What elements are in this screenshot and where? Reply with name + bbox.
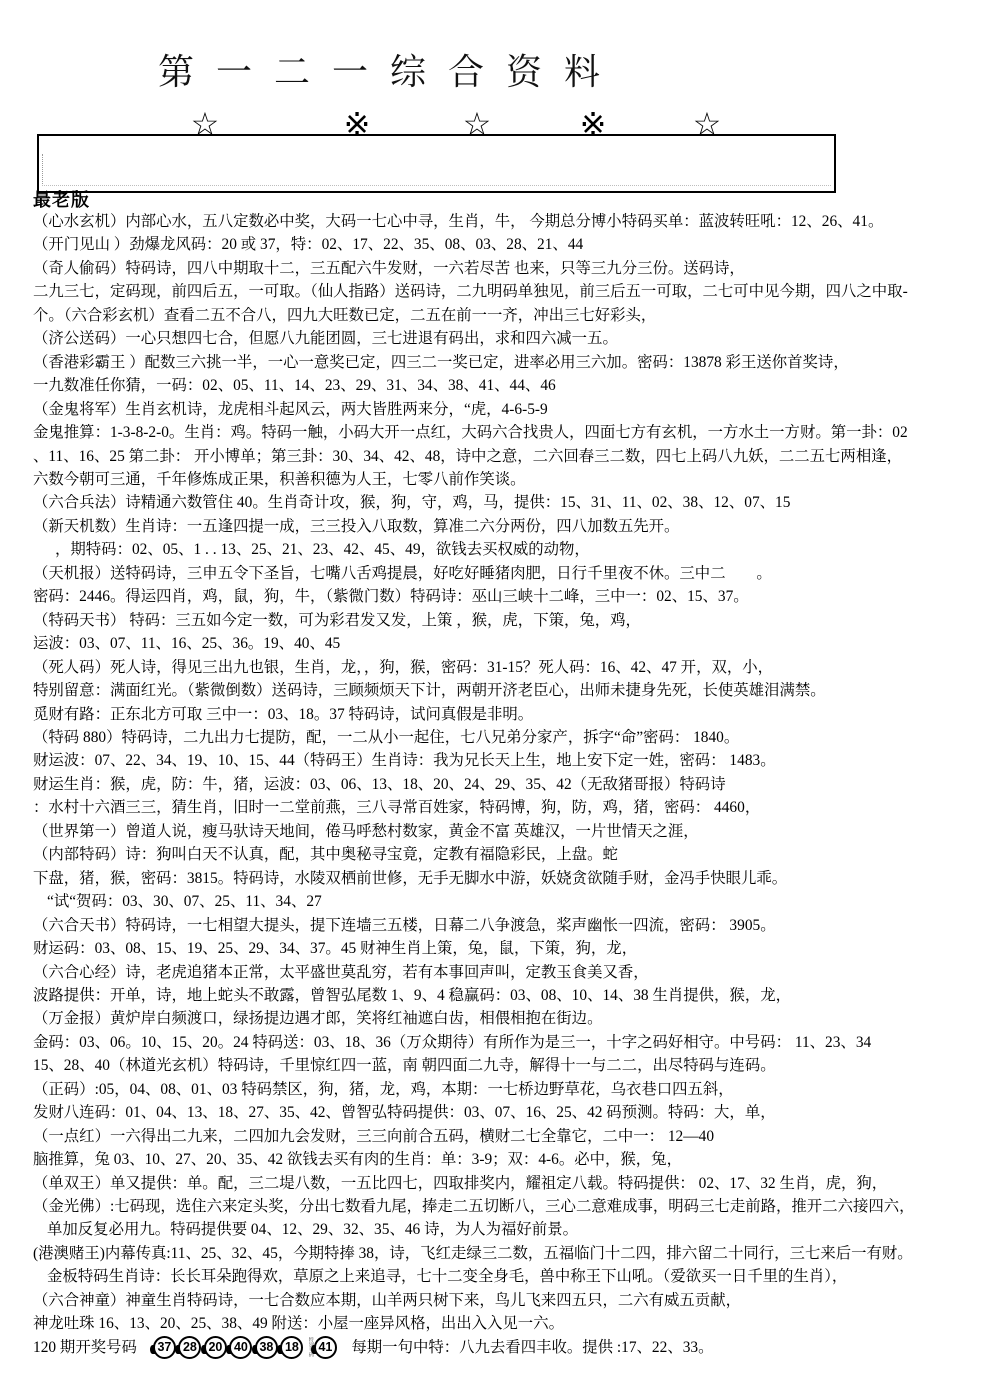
number-ball: 37 xyxy=(153,1336,176,1359)
text-line: ，期特码：02、05、1 . . 13、25、21、23、42、45、49，欲钱… xyxy=(33,538,983,561)
draw-results-row: 120 期开奖号码 37 28 20 40 38 18 特别号码 41 每期一句… xyxy=(33,1336,983,1359)
text-line: 、11、16、25 第二卦： 开小博单；第三卦：30、34、42、48，诗中之意… xyxy=(33,445,983,468)
text-line: （特码 880）特码诗，二九出力七提防，配，一二从小一起住，七八兄弟分家产，拆字… xyxy=(33,726,983,749)
text-line: （心水玄机）内部心水，五八定数必中奖，大码一七心中寻，生肖，牛， 今期总分博小特… xyxy=(33,210,983,233)
empty-banner-box xyxy=(37,134,836,193)
special-number-ball: 41 xyxy=(314,1336,337,1359)
number-ball: 38 xyxy=(255,1336,278,1359)
text-line: （济公送码）一心只想四七合，但愿八九能团圆，三七进退有码出，求和四六减一五。 xyxy=(33,327,983,350)
text-line: 神龙吐珠 16、13、20、25、38、49 附送：小屋一座异风格，出出入入见一… xyxy=(33,1312,983,1335)
number-ball: 18 xyxy=(280,1336,303,1359)
text-line: 金鬼推算：1-3-8-2-0。生肖：鸡。特码一触，小码大开一点红，大码六合找贵人… xyxy=(33,421,983,444)
text-line: 财运码：03、08、15、19、25、29、34、37。45 财神生肖上策，兔，… xyxy=(33,937,983,960)
draw-tail-text: 每期一句中特：八九去看四丰收。提供 :17、22、33。 xyxy=(351,1336,713,1359)
text-line: (港澳赌王)内幕传真:11、25、32、45，今期特捧 38，诗，飞红走绿三二数… xyxy=(33,1242,983,1265)
text-line: 特别留意：满面红光。（紫微倒数）送码诗，三顾频烦天下计，两朝开济老臣心，出师未捷… xyxy=(33,679,983,702)
text-line: （一点红）一六得出二九来，二四加九会发财，三三向前合五码，横财二七全靠它，二中一… xyxy=(33,1125,983,1148)
number-ball: 20 xyxy=(204,1336,227,1359)
text-line: 金码：03、06。10、15、20。24 特码送：03、18、36（万众期待）有… xyxy=(33,1031,983,1054)
text-line: 财运波：07、22、34、19、10、15、44（特码王）生肖诗：我为兄长天上生… xyxy=(33,749,983,772)
text-line: （世界第一）曾道人说，瘦马驮诗天地间，倦马呼愁村数家，黄金不富 英雄汉，一片世情… xyxy=(33,820,983,843)
draw-label: 120 期开奖号码 xyxy=(33,1336,137,1359)
text-line: 个。（六合彩玄机）查看二五不合八，四九大旺数已定，二五在前一一齐，冲出三七好彩头… xyxy=(33,304,983,327)
draw-number-balls: 37 28 20 40 38 18 特别号码 41 xyxy=(153,1335,340,1359)
text-line: 六数今朝可三通，千年修炼成正果，积善积德为人王，七零八前作笑谈。 xyxy=(33,468,983,491)
text-line: ：水村十六酒三三，猜生肖，旧时一二堂前燕，三八寻常百姓家，特码博，狗，防，鸡，猪… xyxy=(33,796,983,819)
text-line: 密码：2446。得运四肖，鸡，鼠，狗，牛，（紫微门数）特码诗：巫山三峡十二峰，三… xyxy=(33,585,983,608)
text-line: （金鬼将军）生肖玄机诗，龙虎相斗起风云，两大皆胜两来分，“虎，4-6-5-9 xyxy=(33,398,983,421)
text-line: （死人码）死人诗，得见三出九也银，生肖，龙，，狗，猴，密码：31-15？死人码：… xyxy=(33,656,983,679)
edition-label: 最老版 xyxy=(33,189,90,211)
text-line: 财运生肖：猴，虎，防：牛，猪，运波：03、06、13、18、20、24、29、3… xyxy=(33,773,983,796)
text-line: 金板特码生肖诗：长长耳朵跑得欢，草原之上来追寻，七十二变全身毛，兽中称王下山吼。… xyxy=(33,1265,983,1288)
text-line: 发财八连码：01、04、13、18、27、35、42、曾智弘特码提供：03、07… xyxy=(33,1101,983,1124)
page-title: 第一二一综合资料 xyxy=(158,52,622,92)
text-line: （特码天书） 特码：三五如今定一数，可为彩君发又发，上策 ，猴，虎，下策，兔，鸡… xyxy=(33,609,983,632)
text-line: “试“贺码：03、30、07、25、11、34、27 xyxy=(33,890,983,913)
text-line: （新天机数）生肖诗：一五逢四提一成，三三投入八取数，算准二六分两份，四八加数五先… xyxy=(33,515,983,538)
text-line: 波路提供：开单，诗，地上蛇头不敢露，曾智弘尾数 1、9、4 稳赢码：03、08、… xyxy=(33,984,983,1007)
box-inner-rule xyxy=(42,185,831,186)
text-line: 觅财有路：正东北方可取 三中一：03、18。37 特码诗，试问真假是非明。 xyxy=(33,703,983,726)
text-line: （金光佛）:七码现，选住六来定头奖，分出七数看九尾，捧走二五切断八，三心二意难成… xyxy=(33,1195,983,1218)
text-line: 一九数准任你猜，一码：02、05、11、14、23、29、31、34、38、41… xyxy=(33,374,983,397)
text-line: （正码）:05，04、08、01、03 特码禁区，狗，猪，龙，鸡，本期：一七桥边… xyxy=(33,1078,983,1101)
text-line: 下盘，猪，猴，密码：3815。特码诗，水陵双栖前世修，无手无脚水中游，妖娆贪欲随… xyxy=(33,867,983,890)
text-line: （六合兵法）诗精通六数管住 40。生肖奇计攻，猴，狗，守，鸡，马，提供：15、3… xyxy=(33,491,983,514)
text-line: 脑推算，兔 03、10、27、20、35、42 欲钱去买有肉的生肖：单：3-9；… xyxy=(33,1148,983,1171)
text-line: （六合心经）诗，老虎追猪本正常，太平盛世莫乱穷，若有本事回声叫，定教玉食美又香， xyxy=(33,961,983,984)
text-line: （万金报）黄炉岸白频渡口，绿扬提边遇才郎，笑将红袖遮白齿，相偎相抱在街边。 xyxy=(33,1007,983,1030)
number-ball: 28 xyxy=(178,1336,201,1359)
text-line: （奇人偷码）特码诗，四八中期取十二，三五配六牛发财，一六若尽苦 也来，只等三九分… xyxy=(33,257,983,280)
text-line: 单加反复必用九。特码提供要 04、12、29、32、35、46 诗，为人为福好前… xyxy=(33,1218,983,1241)
number-ball: 40 xyxy=(229,1336,252,1359)
text-line: 运波：03、07、11、16、25、36。19、40、45 xyxy=(33,632,983,655)
text-line: （天机报）送特码诗，三申五令下圣旨，七嘴八舌鸡提晨，好吃好睡猪肉肥，日行千里夜不… xyxy=(33,562,983,585)
text-line: （香港彩霸王 ）配数三六挑一半，一心一意奖已定，四三二一奖已定，进率必用三六加。… xyxy=(33,351,983,374)
text-line: （六合神童）神童生肖特码诗，一七合数应本期，山羊两只树下来，鸟儿飞来四五只，二六… xyxy=(33,1289,983,1312)
text-line: （内部特码）诗：狗叫白天不认真，配，其中奥秘寻宝竟，定教有福隐彩民，上盘。蛇 xyxy=(33,843,983,866)
document-body: （心水玄机）内部心水，五八定数必中奖，大码一七心中寻，生肖，牛， 今期总分博小特… xyxy=(33,210,983,1359)
text-line: 二九三七，定码现，前四后五，一可取。（仙人指路）送码诗，二九明码单独见，前三后五… xyxy=(33,280,983,303)
text-line: （单双王）单又提供：单。配，三二堤八数，一五比四七，四取排奖内，耀祖定八载。特码… xyxy=(33,1172,983,1195)
text-line: （开门见山 ）劲爆龙风码：20 或 37，特：02、17、22、35、08、03… xyxy=(33,233,983,256)
box-scan-marks xyxy=(42,154,43,184)
text-line: （六合天书）特码诗，一七相望大提头，提下连墙三五楼，日幕二八争渡急，桨声幽怅一四… xyxy=(33,914,983,937)
text-line: 15、28、40（林道光玄机）特码诗，千里惊红四一蓝，南 朝四面二九寺，解得十一… xyxy=(33,1054,983,1077)
